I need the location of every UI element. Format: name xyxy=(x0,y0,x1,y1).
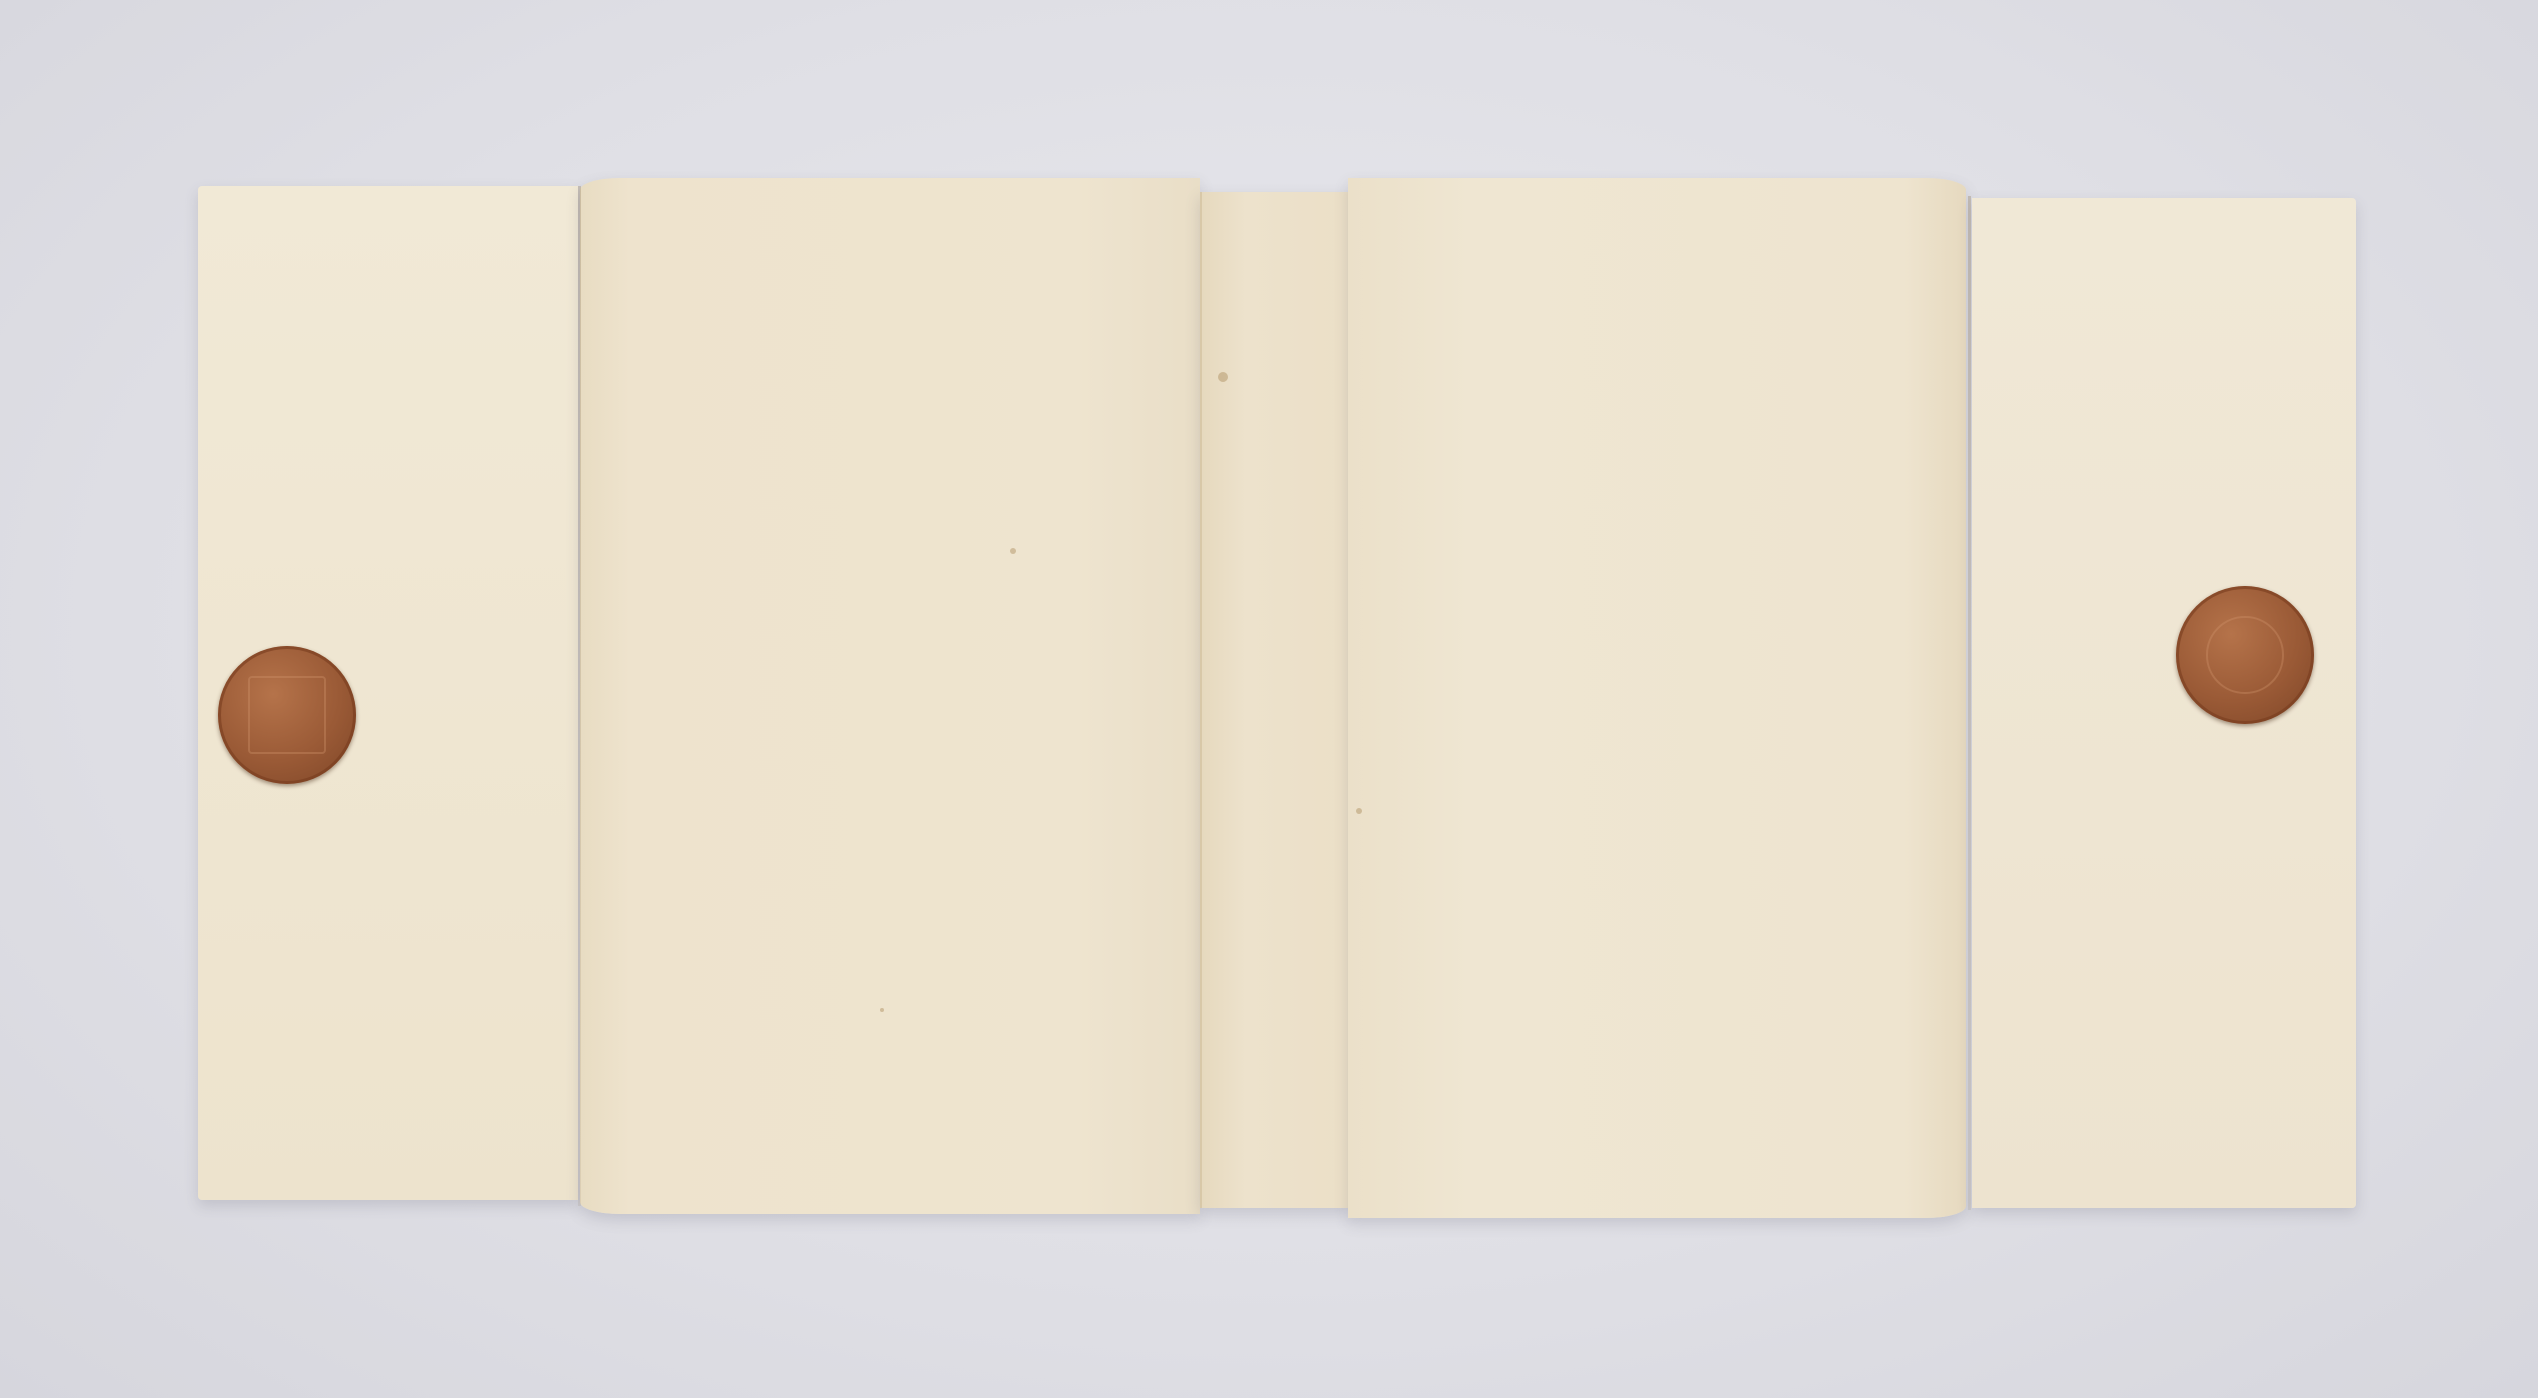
fold-line xyxy=(1968,196,1971,1210)
dust-jacket-spine xyxy=(1200,192,1351,1208)
coin-right xyxy=(2176,586,2314,724)
foxing-spot xyxy=(1356,808,1362,814)
photo-scene: Blank cream-coloured book dust jacket la… xyxy=(0,0,2538,1398)
coin-motif xyxy=(2206,616,2283,693)
dust-jacket-back-cover xyxy=(580,178,1200,1214)
dust-jacket-front-cover xyxy=(1348,178,1966,1218)
coin-left xyxy=(218,646,356,784)
dust-jacket-right-flap xyxy=(1972,198,2356,1208)
coin-shield-motif xyxy=(248,676,325,753)
fold-line xyxy=(578,186,581,1206)
foxing-spot xyxy=(1218,372,1228,382)
foxing-spot xyxy=(880,1008,884,1012)
foxing-spot xyxy=(1010,548,1016,554)
